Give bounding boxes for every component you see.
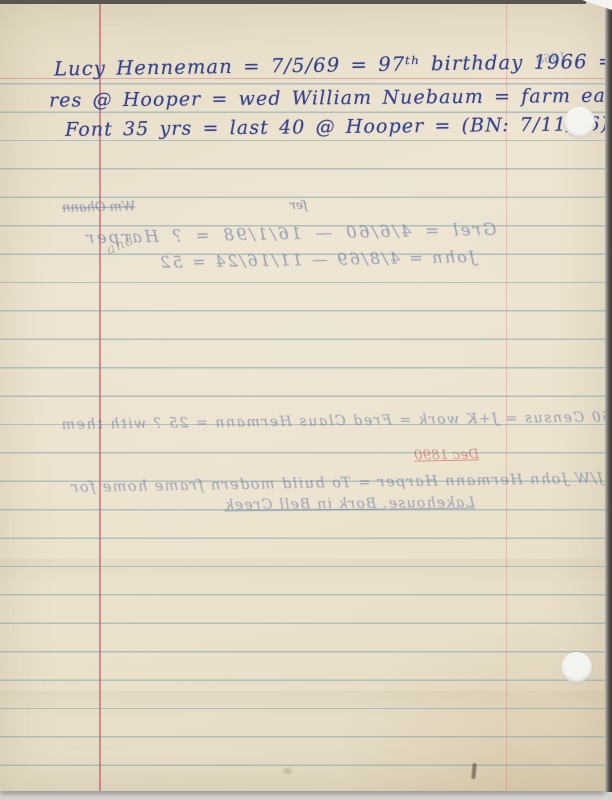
paper-crease bbox=[0, 691, 605, 717]
notebook-paper: Lucy Henneman = 7/5/69 = 97ᵗʰ birthday 1… bbox=[0, 3, 605, 791]
scanned-page: Lucy Henneman = 7/5/69 = 97ᵗʰ birthday 1… bbox=[0, 0, 612, 800]
hole-punch-top bbox=[564, 107, 595, 138]
bleed-lower-row-3: Lakehouse, Bork in Bell Creek bbox=[224, 495, 475, 514]
paper-crease bbox=[0, 559, 605, 585]
bleed-red-date-note: Dec 1890 bbox=[414, 446, 479, 463]
hole-punch-bottom bbox=[561, 652, 592, 683]
handwritten-line-1: Lucy Henneman = 7/5/69 = 97ᵗʰ birthday 1… bbox=[54, 49, 612, 81]
page-top-edge bbox=[0, 0, 586, 4]
paper-stain bbox=[283, 768, 292, 774]
bleed-scratched-word: Wm Ohann bbox=[62, 199, 136, 215]
ink-smudge bbox=[471, 763, 476, 779]
page-corner bbox=[582, 0, 612, 10]
bleed-small-mark: fer bbox=[290, 198, 307, 212]
page-right-edge bbox=[605, 0, 612, 792]
